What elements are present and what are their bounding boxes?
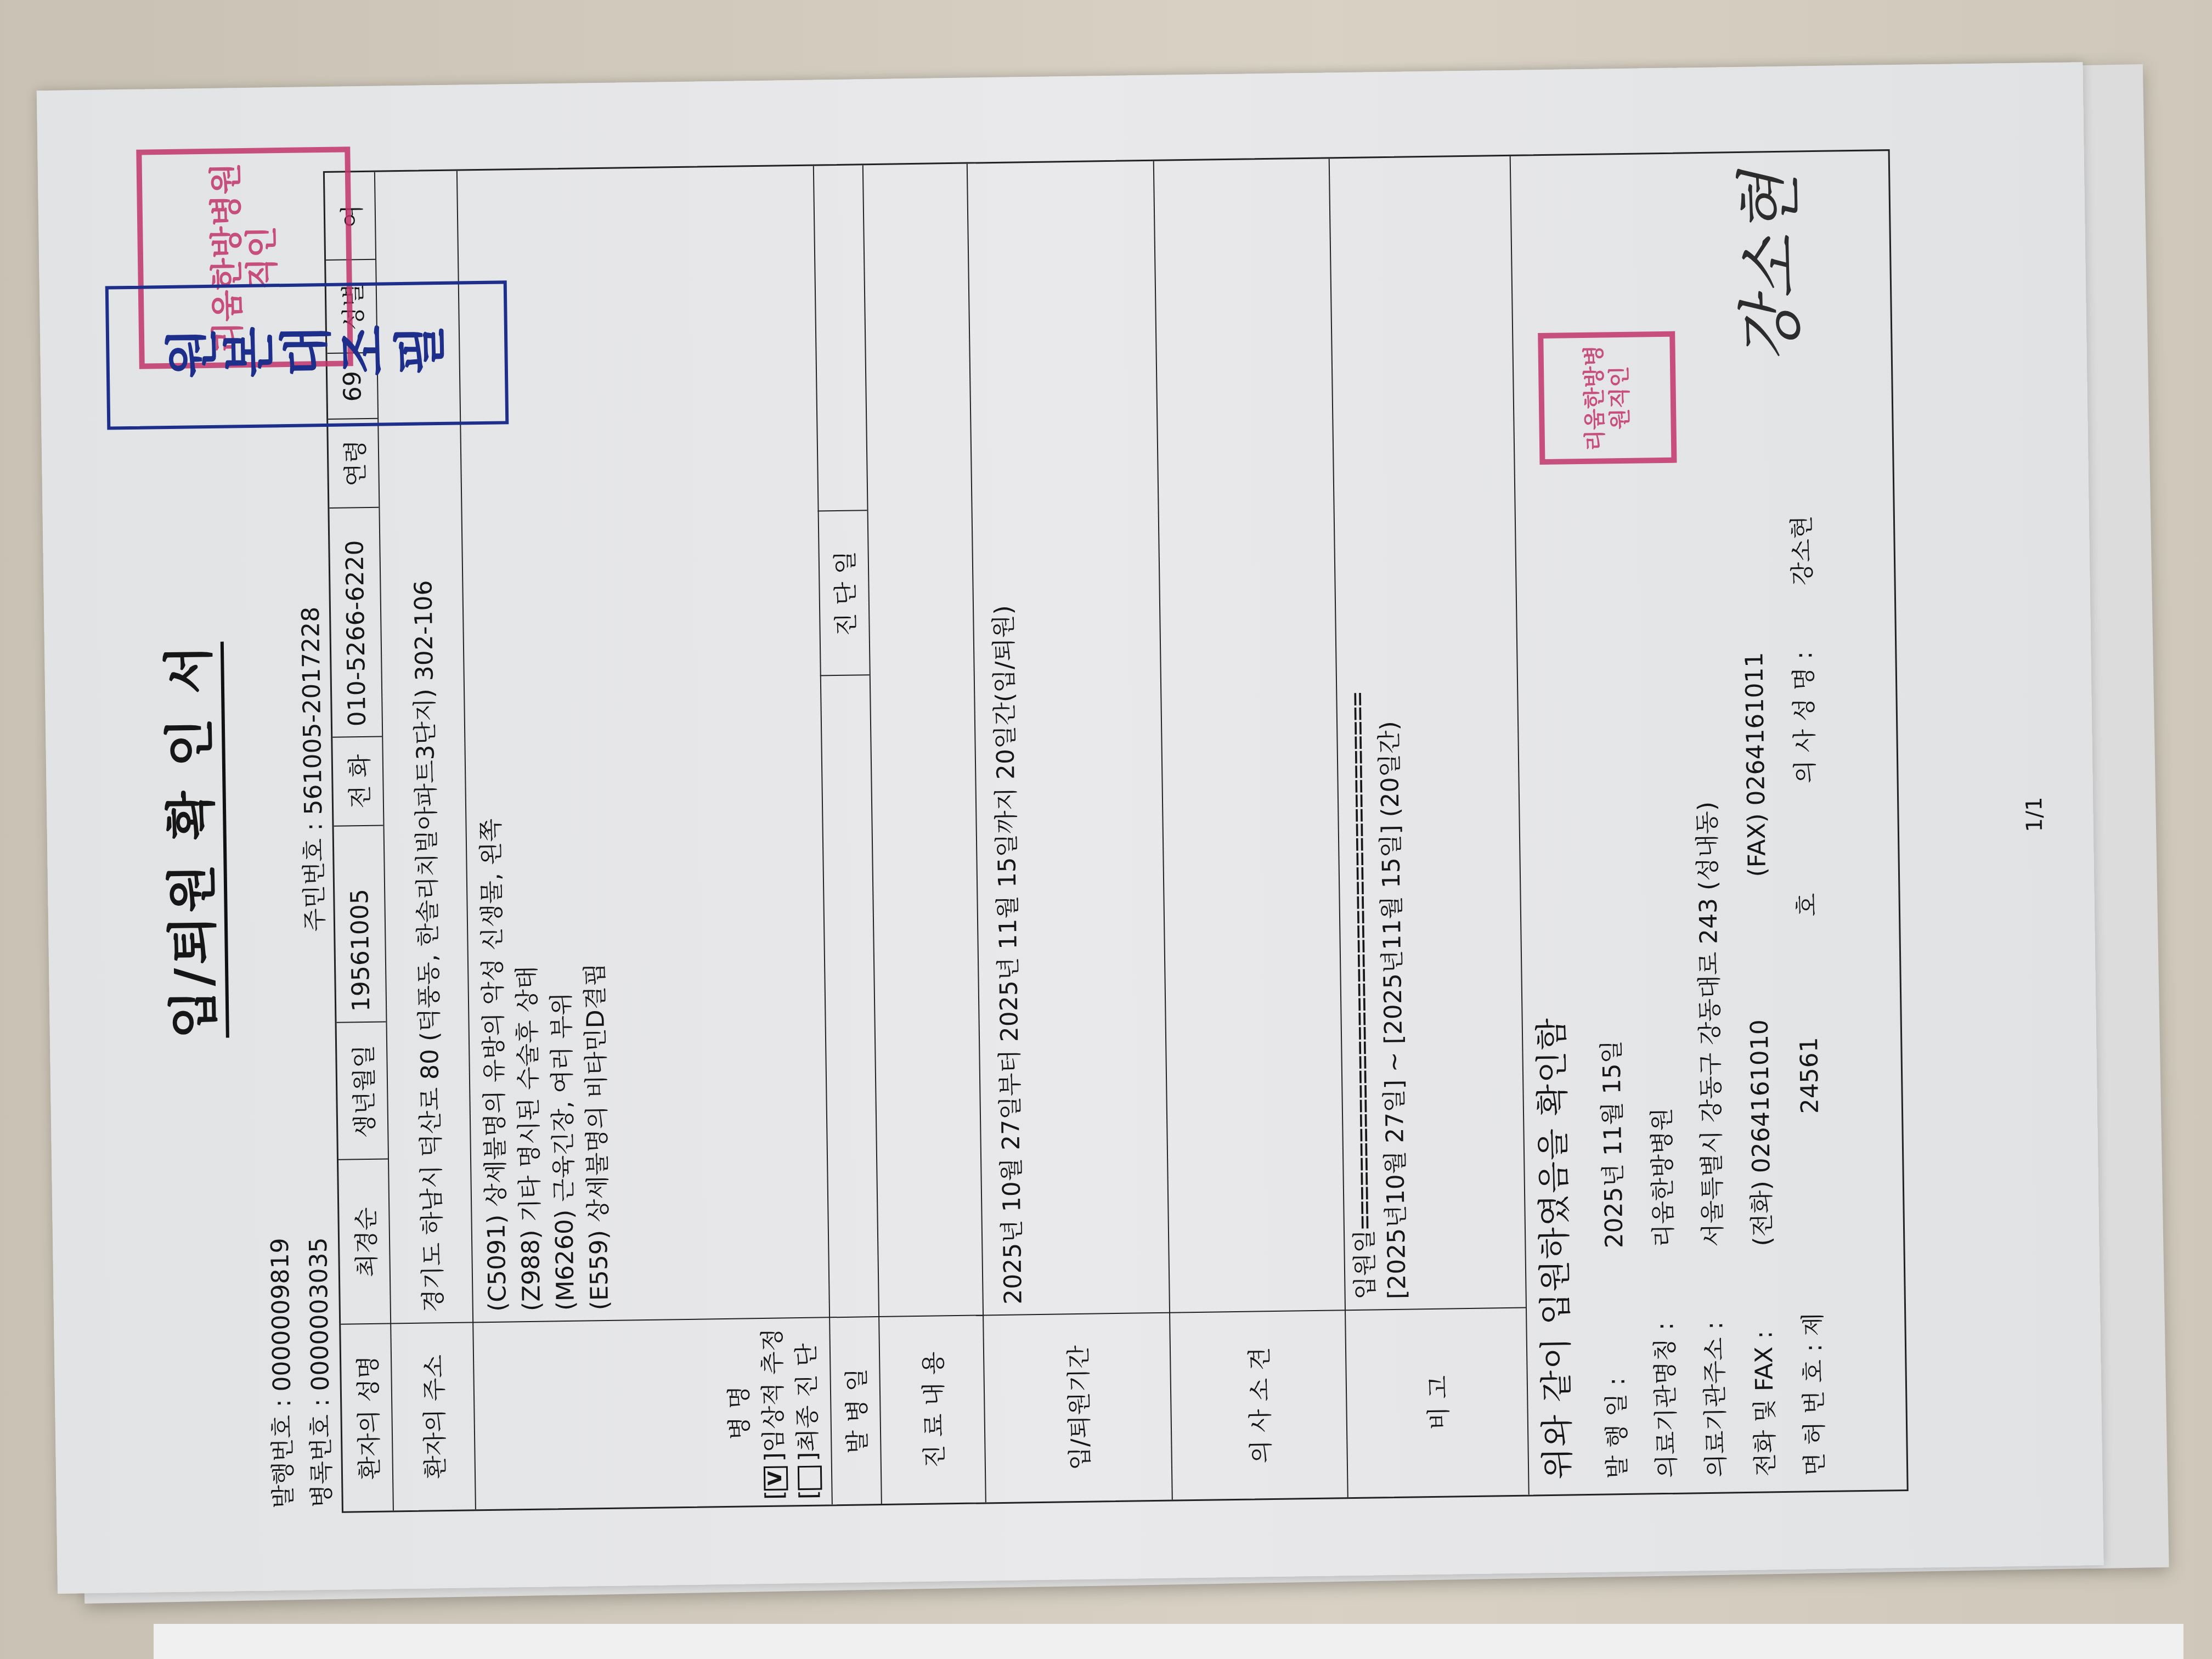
row-remarks: 비 고 입원일=================================…	[1329, 156, 1530, 1497]
registration-number: 병록번호 : 0000003035	[300, 1237, 342, 1508]
label-opinion: 의 사 소 견	[1169, 1310, 1347, 1499]
document-page: 입/퇴원 확 인 서 발행번호 : 0000009819 병록번호 : 0000…	[37, 62, 2104, 1594]
hospital-seal-stamp: 리움한방병원직인	[1538, 331, 1677, 465]
diagnosis-type-options: 병 명 [V]임상적 추정 []최종 진 단	[472, 1327, 831, 1504]
document-meta: 발행번호 : 0000009819 병록번호 : 0000003035	[261, 1237, 342, 1509]
diagnosis-label-cell: 병 명 [V]임상적 추정 []최종 진 단	[472, 1317, 832, 1509]
value-period: 2025년 10월 27일부터 2025년 11월 15일까지 20일간(입/퇴…	[967, 161, 1169, 1316]
value-remarks: 입원일=====================================…	[1329, 156, 1526, 1311]
row-diagnosis: 병 명 [V]임상적 추정 []최종 진 단 (C5091) 상세불명의 유방의…	[456, 166, 833, 1509]
doctor-signature: 강소현	[1717, 171, 1814, 363]
hospital-name: 의료기관명칭 :리움한방병원	[1642, 1108, 1682, 1479]
label-age: 연령	[328, 418, 379, 507]
label-onset: 발 병 일	[829, 1316, 881, 1504]
option-clinical-estimate[interactable]: [V]임상적 추정	[755, 1328, 792, 1500]
diagnosis-item: (E559) 상세불명의 비타민D결핍	[576, 817, 617, 1310]
value-onset	[820, 674, 878, 1318]
value-treatment	[862, 164, 983, 1317]
label-treatment: 진 료 내 용	[878, 1314, 985, 1504]
value-opinion	[1153, 159, 1345, 1313]
value-birth: 19561005	[334, 825, 386, 1023]
row-opinion: 의 사 소 견	[1153, 159, 1348, 1499]
resident-number: 주민번호 : 561005-2017228	[291, 606, 330, 932]
checkbox-final-diagnosis[interactable]	[798, 1465, 822, 1490]
label-address: 환자의 주소	[390, 1322, 475, 1510]
document-page-wrapper: 입/퇴원 확 인 서 발행번호 : 0000009819 병록번호 : 0000…	[37, 62, 2104, 1594]
option-final-diagnosis[interactable]: []최종 진 단	[789, 1328, 826, 1500]
issue-date: 발 행 일 :2025년 11월 15일	[1592, 1040, 1633, 1479]
label-phone: 전 화	[332, 736, 383, 826]
value-name: 최경순	[338, 1159, 390, 1325]
value-phone: 010-5266-6220	[329, 507, 382, 738]
label-diagnosis-date: 진 단 일	[818, 510, 870, 676]
label-name: 환자의 성명	[341, 1323, 393, 1511]
page-number: 1/1	[2011, 63, 2057, 1566]
row-treatment: 진 료 내 용	[862, 164, 986, 1504]
label-remarks: 비 고	[1345, 1307, 1528, 1498]
paper-edge	[154, 1624, 2183, 1659]
row-period: 입/퇴원기간 2025년 10월 27일부터 2025년 11월 15일까지 2…	[967, 161, 1173, 1503]
diagnosis-list: (C5091) 상세불명의 유방의 악성 신생물, 왼쪽 (Z988) 기타 명…	[465, 806, 626, 1323]
diagnosis-label: 병 명	[721, 1328, 758, 1500]
label-birth: 생년월일	[336, 1022, 388, 1160]
checkbox-clinical-estimate[interactable]: V	[764, 1466, 788, 1491]
issue-number: 발행번호 : 0000009819	[261, 1238, 303, 1509]
confirmation-text: 위와 같이 입원하였음을 확인함	[1526, 1017, 1579, 1480]
label-period: 입/퇴원기간	[983, 1312, 1172, 1503]
original-copy-stamp: 원본대조필	[105, 280, 509, 430]
value-diagnosis-date	[813, 165, 867, 511]
diagnosis-item: (C5091) 상세불명의 유방의 악성 신생물, 왼쪽	[474, 819, 515, 1312]
